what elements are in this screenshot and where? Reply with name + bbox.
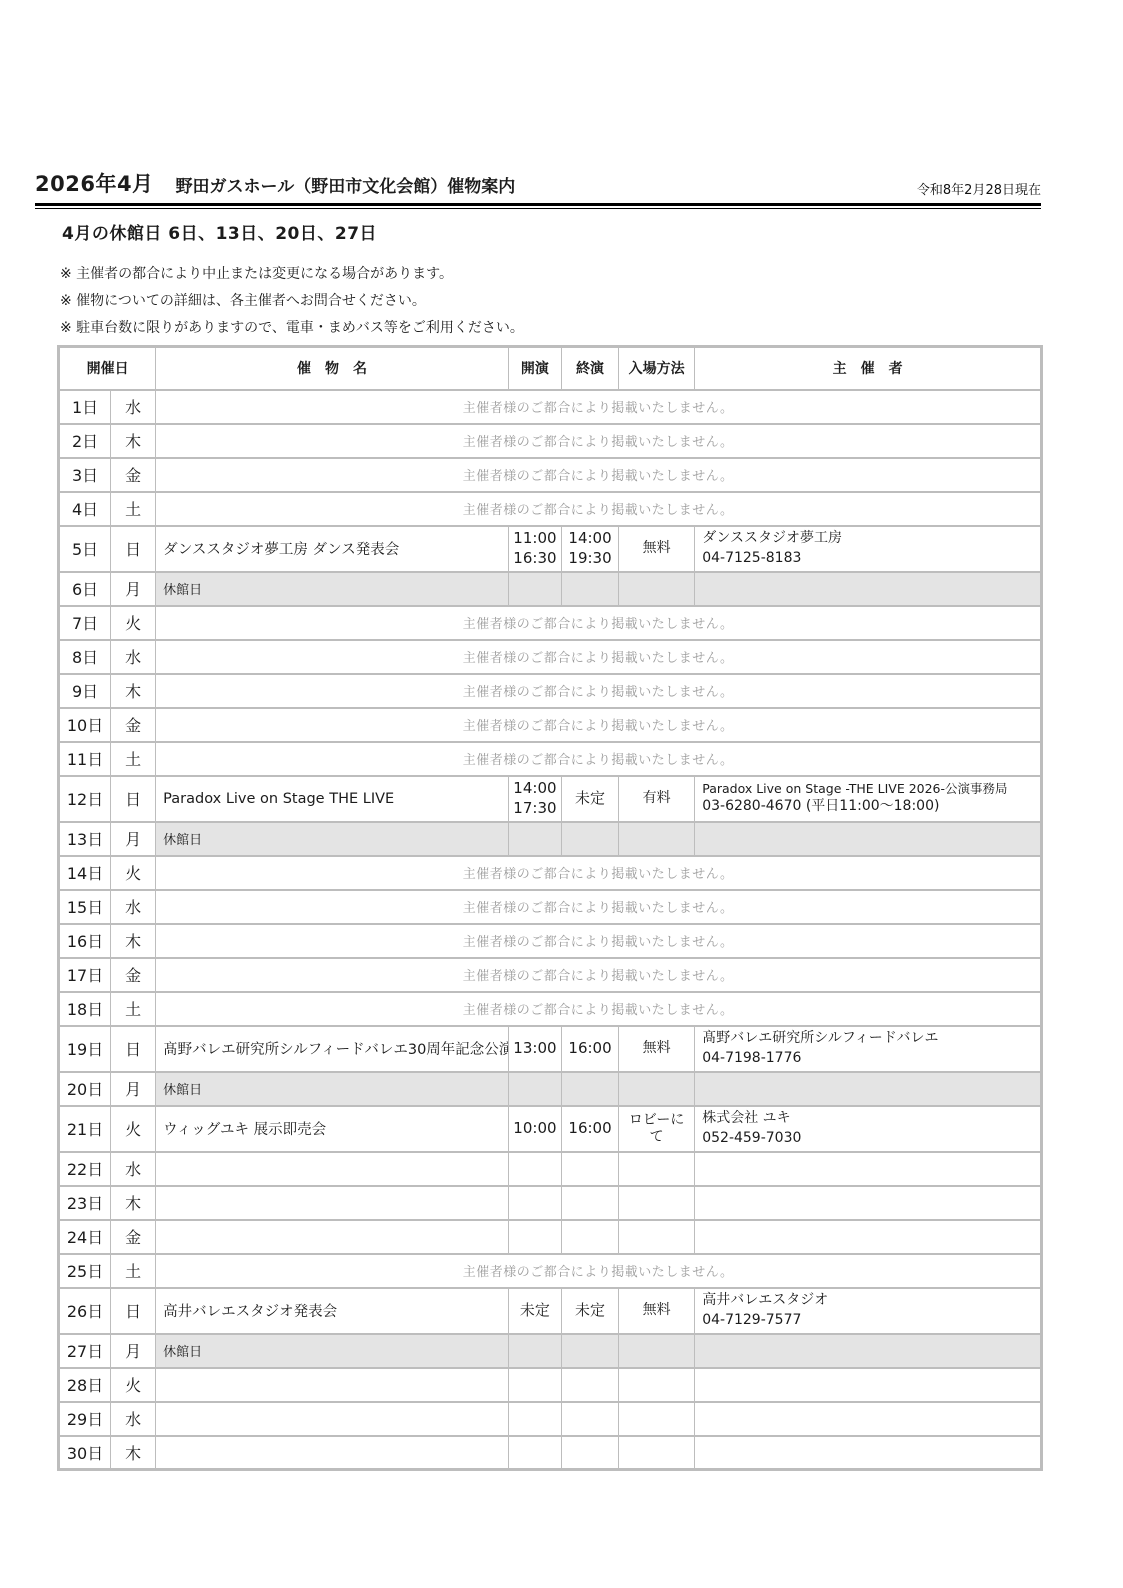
admission-cell xyxy=(619,1220,695,1254)
table-row: 27日月休館日 xyxy=(59,1334,1042,1368)
start-cell xyxy=(508,1152,561,1186)
start-cell xyxy=(508,822,561,856)
table-row: 3日金主催者様のご都合により掲載いたしません。 xyxy=(59,458,1042,492)
as-of-date: 令和8年2月28日現在 xyxy=(917,179,1041,198)
table-row: 8日水主催者様のご都合により掲載いたしません。 xyxy=(59,640,1042,674)
date-cell: 14日 xyxy=(59,856,111,890)
end-cell xyxy=(561,1334,618,1368)
document-page: { "document": { "title_month": "2026年4月"… xyxy=(0,0,1123,1588)
table-row: 16日木主催者様のご都合により掲載いたしません。 xyxy=(59,924,1042,958)
end-cell: 16:00 xyxy=(561,1106,618,1152)
weekday-cell: 土 xyxy=(111,492,156,526)
date-cell: 23日 xyxy=(59,1186,111,1220)
date-cell: 11日 xyxy=(59,742,111,776)
start-cell: 未定 xyxy=(508,1288,561,1334)
date-cell: 15日 xyxy=(59,890,111,924)
weekday-cell: 金 xyxy=(111,958,156,992)
table-row: 2日木主催者様のご都合により掲載いたしません。 xyxy=(59,424,1042,458)
weekday-cell: 水 xyxy=(111,1402,156,1436)
admission-cell xyxy=(619,1368,695,1402)
date-cell: 17日 xyxy=(59,958,111,992)
weekday-cell: 火 xyxy=(111,1368,156,1402)
date-cell: 3日 xyxy=(59,458,111,492)
table-row: 4日土主催者様のご都合により掲載いたしません。 xyxy=(59,492,1042,526)
start-cell xyxy=(508,1368,561,1402)
closed-cell: 休館日 xyxy=(156,1072,509,1106)
weekday-cell: 月 xyxy=(111,1334,156,1368)
table-row: 20日月休館日 xyxy=(59,1072,1042,1106)
admission-cell xyxy=(619,822,695,856)
closed-cell: 休館日 xyxy=(156,822,509,856)
table-row: 11日土主催者様のご都合により掲載いたしません。 xyxy=(59,742,1042,776)
table-row: 13日月休館日 xyxy=(59,822,1042,856)
weekday-cell: 木 xyxy=(111,1436,156,1470)
table-row: 5日日ダンススタジオ夢工房 ダンス発表会11:0016:3014:0019:30… xyxy=(59,526,1042,572)
admission-cell xyxy=(619,1152,695,1186)
weekday-cell: 金 xyxy=(111,1220,156,1254)
organizer-cell xyxy=(695,1072,1042,1106)
table-row: 19日日髙野バレエ研究所シルフィードバレエ30周年記念公演13:0016:00無… xyxy=(59,1026,1042,1072)
not-listed-cell: 主催者様のご都合により掲載いたしません。 xyxy=(156,742,1042,776)
admission-cell xyxy=(619,1436,695,1470)
weekday-cell: 月 xyxy=(111,572,156,606)
organizer-cell xyxy=(695,822,1042,856)
organizer-cell xyxy=(695,1368,1042,1402)
table-row: 23日木 xyxy=(59,1186,1042,1220)
table-row: 7日火主催者様のご都合により掲載いたしません。 xyxy=(59,606,1042,640)
column-header-end: 終演 xyxy=(561,347,618,390)
weekday-cell: 金 xyxy=(111,708,156,742)
column-header-admission: 入場方法 xyxy=(619,347,695,390)
column-header-event: 催 物 名 xyxy=(156,347,509,390)
event-name-cell: 髙野バレエ研究所シルフィードバレエ30周年記念公演 xyxy=(156,1026,509,1072)
start-cell: 13:00 xyxy=(508,1026,561,1072)
date-cell: 10日 xyxy=(59,708,111,742)
date-cell: 4日 xyxy=(59,492,111,526)
end-cell xyxy=(561,1402,618,1436)
date-cell: 9日 xyxy=(59,674,111,708)
date-cell: 25日 xyxy=(59,1254,111,1288)
date-cell: 1日 xyxy=(59,390,111,424)
start-cell xyxy=(508,1436,561,1470)
date-cell: 20日 xyxy=(59,1072,111,1106)
not-listed-cell: 主催者様のご都合により掲載いたしません。 xyxy=(156,390,1042,424)
title-line: 2026年4月 野田ガスホール（野田市文化会館）催物案内 令和8年2月28日現在 xyxy=(35,168,1041,198)
date-cell: 24日 xyxy=(59,1220,111,1254)
weekday-cell: 金 xyxy=(111,458,156,492)
not-listed-cell: 主催者様のご都合により掲載いたしません。 xyxy=(156,856,1042,890)
admission-cell xyxy=(619,1402,695,1436)
not-listed-cell: 主催者様のご都合により掲載いたしません。 xyxy=(156,640,1042,674)
start-cell xyxy=(508,1402,561,1436)
not-listed-cell: 主催者様のご都合により掲載いたしません。 xyxy=(156,458,1042,492)
date-cell: 28日 xyxy=(59,1368,111,1402)
not-listed-cell: 主催者様のご都合により掲載いたしません。 xyxy=(156,606,1042,640)
start-cell xyxy=(508,1334,561,1368)
table-row: 17日金主催者様のご都合により掲載いたしません。 xyxy=(59,958,1042,992)
weekday-cell: 月 xyxy=(111,1072,156,1106)
event-name-cell: 高井バレエスタジオ発表会 xyxy=(156,1288,509,1334)
not-listed-cell: 主催者様のご都合により掲載いたしません。 xyxy=(156,424,1042,458)
weekday-cell: 火 xyxy=(111,606,156,640)
start-cell: 14:0017:30 xyxy=(508,776,561,822)
date-cell: 19日 xyxy=(59,1026,111,1072)
table-row: 12日日Paradox Live on Stage THE LIVE14:001… xyxy=(59,776,1042,822)
not-listed-cell: 主催者様のご都合により掲載いたしません。 xyxy=(156,708,1042,742)
note-line: ※ 催物についての詳細は、各主催者へお問合せください。 xyxy=(60,288,1041,315)
date-cell: 12日 xyxy=(59,776,111,822)
table-row: 28日火 xyxy=(59,1368,1042,1402)
organizer-cell: Paradox Live on Stage -THE LIVE 2026-公演事… xyxy=(695,776,1042,822)
admission-cell xyxy=(619,1334,695,1368)
weekday-cell: 木 xyxy=(111,1186,156,1220)
table-row: 25日土主催者様のご都合により掲載いたしません。 xyxy=(59,1254,1042,1288)
date-cell: 26日 xyxy=(59,1288,111,1334)
date-cell: 18日 xyxy=(59,992,111,1026)
table-row: 14日火主催者様のご都合により掲載いたしません。 xyxy=(59,856,1042,890)
end-cell xyxy=(561,822,618,856)
organizer-cell xyxy=(695,1334,1042,1368)
organizer-cell: 髙野バレエ研究所シルフィードバレエ04-7198-1776 xyxy=(695,1026,1042,1072)
table-row: 1日水主催者様のご都合により掲載いたしません。 xyxy=(59,390,1042,424)
end-cell: 14:0019:30 xyxy=(561,526,618,572)
date-cell: 6日 xyxy=(59,572,111,606)
not-listed-cell: 主催者様のご都合により掲載いたしません。 xyxy=(156,674,1042,708)
event-name-cell xyxy=(156,1368,509,1402)
organizer-cell: 高井バレエスタジオ04-7129-7577 xyxy=(695,1288,1042,1334)
event-name-cell xyxy=(156,1402,509,1436)
organizer-cell: 株式会社 ユキ052-459-7030 xyxy=(695,1106,1042,1152)
weekday-cell: 火 xyxy=(111,1106,156,1152)
weekday-cell: 月 xyxy=(111,822,156,856)
table-row: 10日金主催者様のご都合により掲載いたしません。 xyxy=(59,708,1042,742)
date-cell: 21日 xyxy=(59,1106,111,1152)
schedule-body: 1日水主催者様のご都合により掲載いたしません。2日木主催者様のご都合により掲載い… xyxy=(59,390,1042,1470)
admission-cell: 有料 xyxy=(619,776,695,822)
table-row: 21日火ウィッグユキ 展示即売会10:0016:00ロビーにて株式会社 ユキ05… xyxy=(59,1106,1042,1152)
weekday-cell: 木 xyxy=(111,924,156,958)
event-name-cell: Paradox Live on Stage THE LIVE xyxy=(156,776,509,822)
end-cell: 16:00 xyxy=(561,1026,618,1072)
organizer-cell xyxy=(695,1186,1042,1220)
end-cell xyxy=(561,1072,618,1106)
end-cell xyxy=(561,1436,618,1470)
weekday-cell: 土 xyxy=(111,992,156,1026)
start-cell xyxy=(508,1072,561,1106)
date-cell: 2日 xyxy=(59,424,111,458)
date-cell: 5日 xyxy=(59,526,111,572)
start-cell xyxy=(508,572,561,606)
weekday-cell: 水 xyxy=(111,390,156,424)
start-cell xyxy=(508,1220,561,1254)
note-line: ※ 駐車台数に限りがありますので、電車・まめバス等をご利用ください。 xyxy=(60,315,1041,342)
organizer-cell: ダンススタジオ夢工房04-7125-8183 xyxy=(695,526,1042,572)
table-row: 24日金 xyxy=(59,1220,1042,1254)
admission-cell xyxy=(619,1072,695,1106)
schedule-table: 開催日 催 物 名 開演 終演 入場方法 主 催 者 1日水主催者様のご都合によ… xyxy=(57,345,1043,1471)
start-cell xyxy=(508,1186,561,1220)
table-row: 6日月休館日 xyxy=(59,572,1042,606)
page-header: 2026年4月 野田ガスホール（野田市文化会館）催物案内 令和8年2月28日現在… xyxy=(35,168,1041,342)
date-cell: 29日 xyxy=(59,1402,111,1436)
organizer-cell xyxy=(695,1436,1042,1470)
closed-cell: 休館日 xyxy=(156,572,509,606)
title-rule-divider xyxy=(35,203,1041,209)
table-row: 22日水 xyxy=(59,1152,1042,1186)
table-row: 30日木 xyxy=(59,1436,1042,1470)
not-listed-cell: 主催者様のご都合により掲載いたしません。 xyxy=(156,992,1042,1026)
event-name-cell xyxy=(156,1186,509,1220)
date-cell: 8日 xyxy=(59,640,111,674)
event-name-cell xyxy=(156,1152,509,1186)
organizer-cell xyxy=(695,1220,1042,1254)
weekday-cell: 水 xyxy=(111,640,156,674)
end-cell xyxy=(561,1152,618,1186)
end-cell xyxy=(561,1186,618,1220)
weekday-cell: 木 xyxy=(111,424,156,458)
weekday-cell: 日 xyxy=(111,1026,156,1072)
weekday-cell: 土 xyxy=(111,1254,156,1288)
weekday-cell: 木 xyxy=(111,674,156,708)
title-month: 2026年4月 xyxy=(35,168,154,198)
table-row: 29日水 xyxy=(59,1402,1042,1436)
event-name-cell: ウィッグユキ 展示即売会 xyxy=(156,1106,509,1152)
admission-cell xyxy=(619,572,695,606)
end-cell xyxy=(561,572,618,606)
weekday-cell: 火 xyxy=(111,856,156,890)
organizer-cell xyxy=(695,1152,1042,1186)
header-row: 開催日 催 物 名 開演 終演 入場方法 主 催 者 xyxy=(59,347,1042,390)
date-cell: 16日 xyxy=(59,924,111,958)
weekday-cell: 水 xyxy=(111,1152,156,1186)
end-cell xyxy=(561,1368,618,1402)
admission-cell: 無料 xyxy=(619,1288,695,1334)
date-cell: 27日 xyxy=(59,1334,111,1368)
not-listed-cell: 主催者様のご都合により掲載いたしません。 xyxy=(156,492,1042,526)
start-cell: 11:0016:30 xyxy=(508,526,561,572)
date-cell: 7日 xyxy=(59,606,111,640)
end-cell xyxy=(561,1220,618,1254)
date-cell: 30日 xyxy=(59,1436,111,1470)
end-cell: 未定 xyxy=(561,776,618,822)
event-name-cell xyxy=(156,1220,509,1254)
start-cell: 10:00 xyxy=(508,1106,561,1152)
notes-block: ※ 主催者の都合により中止または変更になる場合があります。 ※ 催物についての詳… xyxy=(60,261,1041,342)
weekday-cell: 土 xyxy=(111,742,156,776)
page-title: 野田ガスホール（野田市文化会館）催物案内 xyxy=(176,172,516,198)
not-listed-cell: 主催者様のご都合により掲載いたしません。 xyxy=(156,890,1042,924)
column-header-organizer: 主 催 者 xyxy=(695,347,1042,390)
table-row: 26日日高井バレエスタジオ発表会未定未定無料高井バレエスタジオ04-7129-7… xyxy=(59,1288,1042,1334)
admission-cell: ロビーにて xyxy=(619,1106,695,1152)
admission-cell xyxy=(619,1186,695,1220)
admission-cell: 無料 xyxy=(619,1026,695,1072)
event-name-cell: ダンススタジオ夢工房 ダンス発表会 xyxy=(156,526,509,572)
not-listed-cell: 主催者様のご都合により掲載いたしません。 xyxy=(156,924,1042,958)
table-row: 18日土主催者様のご都合により掲載いたしません。 xyxy=(59,992,1042,1026)
not-listed-cell: 主催者様のご都合により掲載いたしません。 xyxy=(156,958,1042,992)
closed-cell: 休館日 xyxy=(156,1334,509,1368)
admission-cell: 無料 xyxy=(619,526,695,572)
date-cell: 13日 xyxy=(59,822,111,856)
event-name-cell xyxy=(156,1436,509,1470)
table-row: 15日水主催者様のご都合により掲載いたしません。 xyxy=(59,890,1042,924)
schedule-header: 開催日 催 物 名 開演 終演 入場方法 主 催 者 xyxy=(59,347,1042,390)
note-line: ※ 主催者の都合により中止または変更になる場合があります。 xyxy=(60,261,1041,288)
weekday-cell: 水 xyxy=(111,890,156,924)
weekday-cell: 日 xyxy=(111,1288,156,1334)
not-listed-cell: 主催者様のご都合により掲載いたしません。 xyxy=(156,1254,1042,1288)
end-cell: 未定 xyxy=(561,1288,618,1334)
table-row: 9日木主催者様のご都合により掲載いたしません。 xyxy=(59,674,1042,708)
weekday-cell: 日 xyxy=(111,776,156,822)
closed-days-line: 4月の休館日 6日、13日、20日、27日 xyxy=(62,219,1041,244)
weekday-cell: 日 xyxy=(111,526,156,572)
column-header-start: 開演 xyxy=(508,347,561,390)
column-header-date: 開催日 xyxy=(59,347,156,390)
organizer-cell xyxy=(695,572,1042,606)
date-cell: 22日 xyxy=(59,1152,111,1186)
organizer-cell xyxy=(695,1402,1042,1436)
